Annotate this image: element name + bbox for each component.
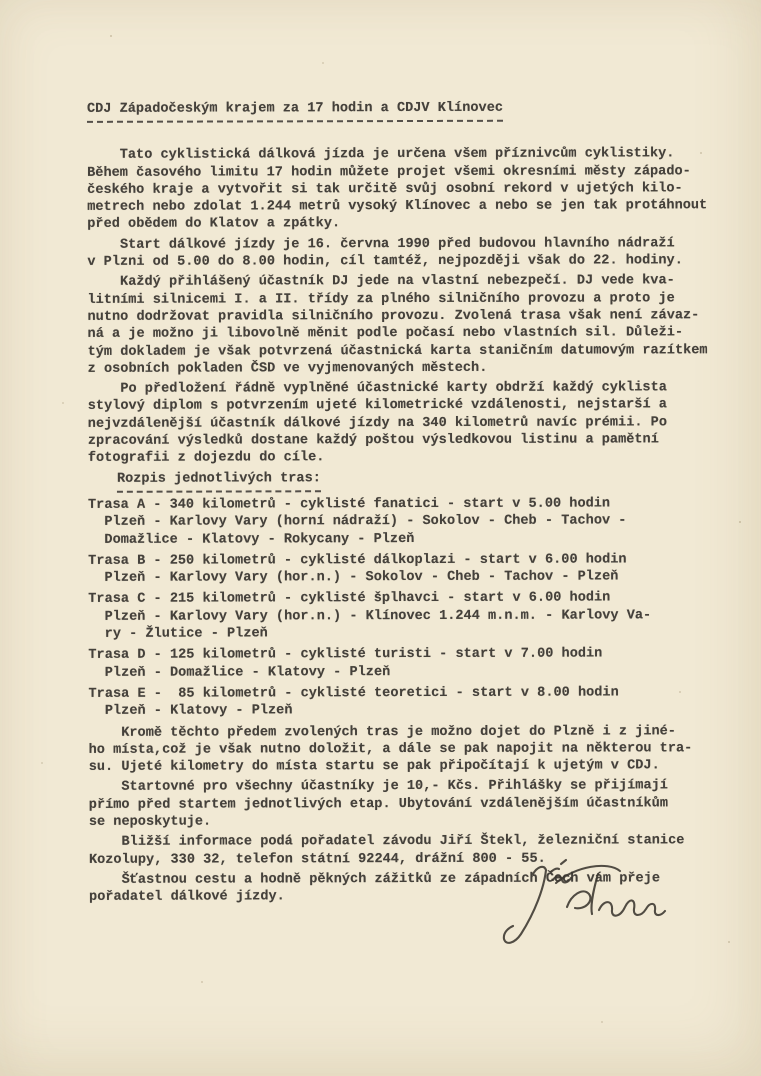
- route-a-path: Plzeň - Karlovy Vary (horní nádraží) - S…: [88, 512, 748, 548]
- paragraph-entry-fee: Startovné pro všechny účastníky je 10,- …: [89, 778, 749, 832]
- paper-specks: [0, 0, 2, 2]
- route-b-path: Plzeň - Karlovy Vary (hor.n.) - Sokolov …: [88, 568, 748, 587]
- scanned-document-page: CDJ Západočeským krajem za 17 hodin a CD…: [0, 0, 761, 1076]
- routes-heading: Rozpis jednotlivých tras:: [117, 470, 321, 493]
- paragraph-start-info: Start dálkové jízdy je 16. června 1990 p…: [87, 235, 747, 271]
- route-d-head: Trasa D - 125 kilometrů - cyklisté turis…: [88, 645, 748, 664]
- route-entry-d: Trasa D - 125 kilometrů - cyklisté turis…: [88, 645, 748, 681]
- route-d-path: Plzeň - Domažlice - Klatovy - Plzeň: [88, 663, 748, 682]
- title-row: CDJ Západočeským krajem za 17 hodin a CD…: [87, 99, 747, 123]
- routes-heading-row: Rozpis jednotlivých tras:: [88, 469, 748, 493]
- paragraph-rules: Každý přihlášený účastník DJ jede na vla…: [87, 273, 747, 379]
- paragraph-intro: Tato cyklistická dálková jízda je určena…: [87, 145, 747, 233]
- route-entry-a: Trasa A - 340 kilometrů - cyklisté fanat…: [88, 495, 748, 549]
- paragraph-other-start-places: Kromě těchto předem zvolených tras je mo…: [89, 723, 749, 777]
- route-b-head: Trasa B - 250 kilometrů - cyklisté dálko…: [88, 551, 748, 570]
- route-entry-e: Trasa E - 85 kilometrů - cyklisté teoret…: [88, 684, 748, 720]
- route-a-head: Trasa A - 340 kilometrů - cyklisté fanat…: [88, 495, 748, 514]
- paragraph-diploma: Po předložení řádně vyplněné účastnické …: [88, 379, 748, 467]
- document-body: CDJ Západočeským krajem za 17 hodin a CD…: [87, 99, 749, 909]
- route-entry-c: Trasa C - 215 kilometrů - cyklisté šplha…: [88, 590, 748, 644]
- route-c-path: Plzeň - Karlovy Vary (hor.n.) - Klínovec…: [88, 607, 748, 643]
- route-c-head: Trasa C - 215 kilometrů - cyklisté šplha…: [88, 590, 748, 609]
- route-e-path: Plzeň - Klatovy - Plzeň: [89, 701, 749, 720]
- document-title: CDJ Západočeským krajem za 17 hodin a CD…: [87, 100, 503, 123]
- signature-strokes: [455, 850, 675, 950]
- route-entry-b: Trasa B - 250 kilometrů - cyklisté dálko…: [88, 551, 748, 587]
- handwritten-signature: [455, 850, 675, 950]
- route-e-head: Trasa E - 85 kilometrů - cyklisté teoret…: [88, 684, 748, 703]
